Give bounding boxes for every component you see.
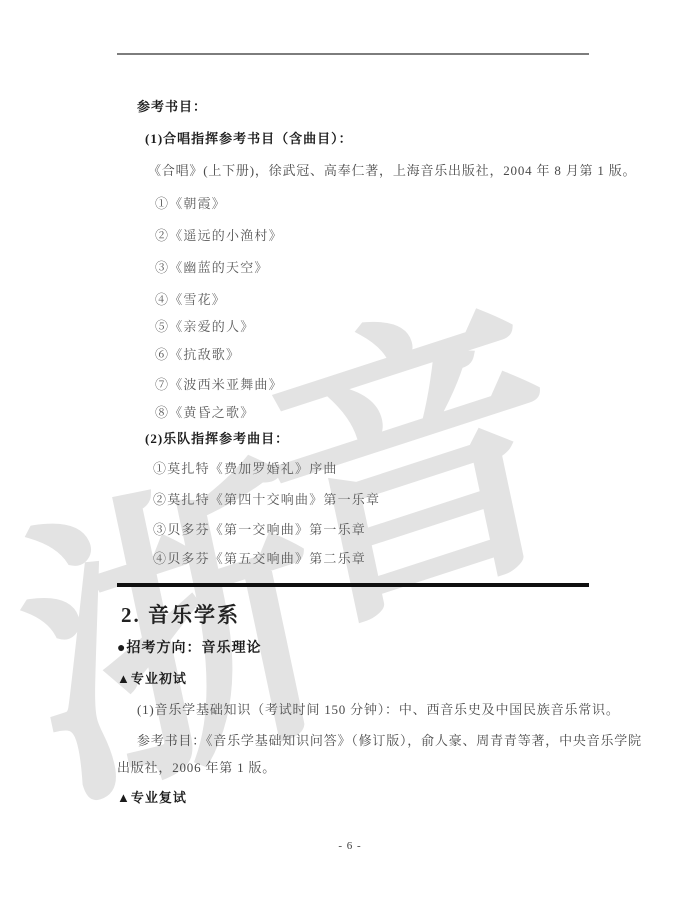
- musicology-section-title: 2. 音乐学系: [121, 599, 240, 629]
- choral-piece-item: ①《朝霞》: [155, 193, 226, 212]
- preliminary-exam-heading: ▲专业初试: [117, 668, 187, 687]
- document-page: 音 浙 参考书目： (1)合唱指挥参考书目（含曲目）： 《合唱》(上下册)，徐武…: [0, 0, 700, 905]
- choral-reference-book: 《合唱》(上下册)，徐武冠、高奉仁著，上海音乐出版社，2004 年 8 月第 1…: [148, 160, 636, 179]
- musicology-reference-line: 参考书目：《音乐学基础知识问答》（修订版），俞人豪、周青青等著，中央音乐学院: [137, 730, 642, 749]
- admission-direction-line: ●招考方向：音乐理论: [117, 637, 261, 657]
- choral-piece-item: ④《雪花》: [155, 289, 226, 308]
- choral-piece-item: ②《遥远的小渔村》: [155, 225, 283, 244]
- choral-piece-item: ⑧《黄昏之歌》: [155, 402, 254, 421]
- orchestra-piece-item: ①莫扎特《费加罗婚礼》序曲: [153, 458, 338, 477]
- choral-piece-item: ⑦《波西米亚舞曲》: [155, 374, 283, 393]
- choral-piece-item: ③《幽蓝的天空》: [155, 257, 269, 276]
- orchestra-piece-item: ③贝多芬《第一交响曲》第一乐章: [153, 519, 366, 538]
- page-number: - 6 -: [0, 840, 700, 852]
- retest-heading: ▲专业复试: [117, 787, 187, 806]
- reference-books-heading: 参考书目：: [137, 96, 207, 115]
- orchestra-piece-item: ④贝多芬《第五交响曲》第二乐章: [153, 548, 366, 567]
- orchestra-piece-item: ②莫扎特《第四十交响曲》第一乐章: [153, 489, 380, 508]
- musicology-reference-line: 出版社，2006 年第 1 版。: [117, 757, 276, 776]
- choral-conducting-heading: (1)合唱指挥参考书目（含曲目）：: [145, 128, 353, 147]
- orchestra-conducting-heading: (2)乐队指挥参考曲目：: [145, 428, 289, 447]
- preliminary-exam-subject: (1)音乐学基础知识（考试时间 150 分钟）：中、西音乐史及中国民族音乐常识。: [137, 699, 620, 718]
- choral-piece-item: ⑥《抗敌歌》: [155, 344, 240, 363]
- header-rule: [117, 53, 589, 55]
- section-divider-rule: [117, 583, 589, 587]
- choral-piece-item: ⑤《亲爱的人》: [155, 316, 254, 335]
